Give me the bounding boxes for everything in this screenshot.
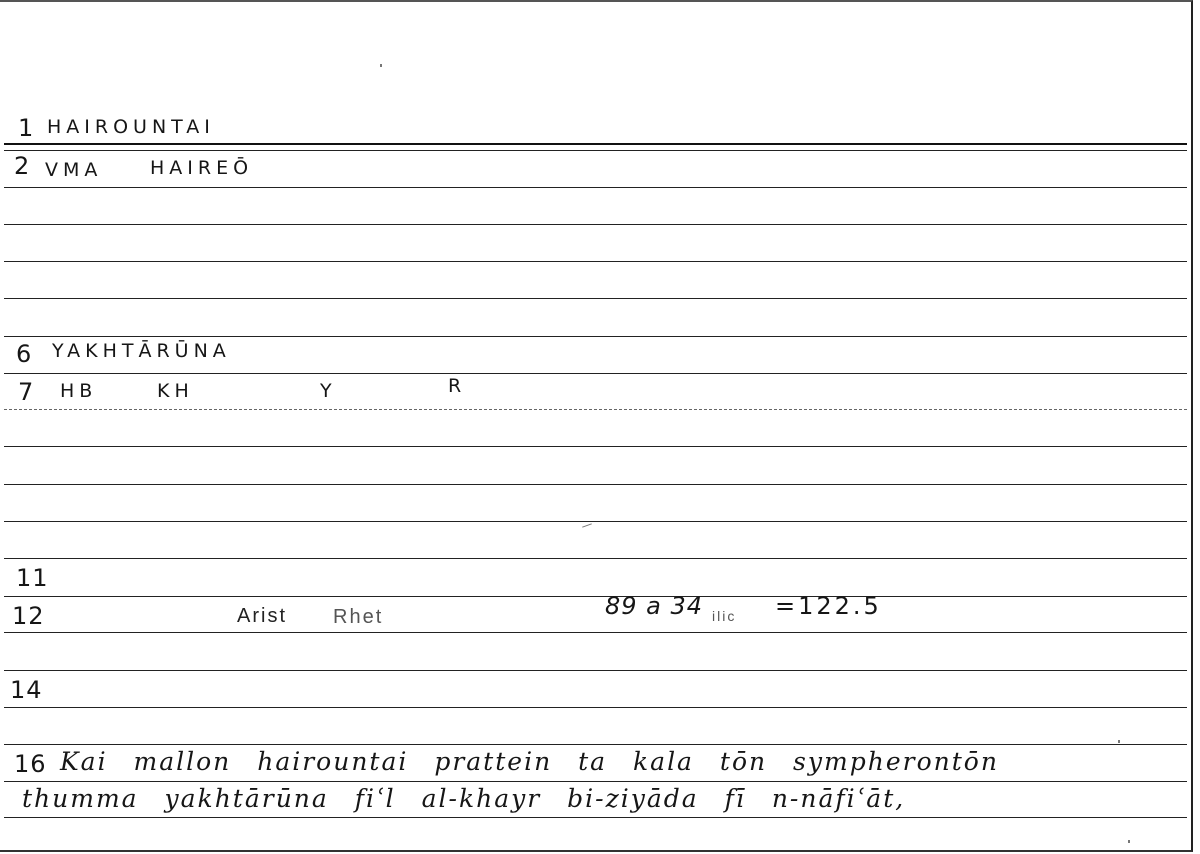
ruled-line <box>4 817 1187 818</box>
ruled-line <box>4 143 1187 145</box>
greek-quotation: Kai mallon hairountai prattein ta kala t… <box>60 747 999 776</box>
entry-col4: R <box>448 375 466 397</box>
line-number: 1 <box>18 114 34 142</box>
entry-arabic-headword: YAKHTĀRŪNA <box>52 340 231 362</box>
line-number: 2 <box>14 152 30 180</box>
ruled-line <box>4 298 1187 299</box>
ruled-line <box>4 670 1187 671</box>
ruled-line <box>4 187 1187 188</box>
entry-col2: HAIREŌ <box>150 157 253 179</box>
line-number: 12 <box>12 602 45 630</box>
ruled-line <box>4 336 1187 337</box>
scan-speck <box>380 64 382 67</box>
arabic-translation: thumma yakhtārūna fiʿl al-khayr bi-ziyād… <box>22 784 905 813</box>
ruled-line <box>4 373 1187 374</box>
ruled-line <box>4 632 1187 633</box>
ruled-line <box>4 484 1187 485</box>
reference-suffix: ilic <box>712 608 736 624</box>
ruled-line <box>4 261 1187 262</box>
entry-col1: HB <box>60 380 97 402</box>
ruled-line <box>4 707 1187 708</box>
entry-col3: Y <box>320 380 337 402</box>
line-number: 16 <box>14 750 47 778</box>
ruled-line <box>4 409 1187 410</box>
source-work: Rhet <box>333 606 383 629</box>
entry-headword: HAIROUNTAI <box>47 116 215 138</box>
index-card: 1 HAIROUNTAI 2 VMA HAIREŌ 6 YAKHTĀRŪNA 7… <box>0 0 1193 852</box>
ruled-line <box>4 596 1187 597</box>
source-author: Arist <box>237 605 287 628</box>
entry-col1: VMA <box>45 159 102 181</box>
scan-speck <box>1128 840 1130 843</box>
line-number: 14 <box>10 676 43 704</box>
ruled-line <box>4 558 1187 559</box>
ruled-line <box>4 224 1187 225</box>
source-work-text: Rhet <box>333 606 383 628</box>
ruled-line <box>4 744 1187 745</box>
ruled-line <box>4 446 1187 447</box>
ruled-line <box>4 781 1187 782</box>
reference-suffix-text: ilic <box>712 608 736 624</box>
line-number: 7 <box>18 378 34 406</box>
line-number: 11 <box>16 564 49 592</box>
bekker-reference: 89 a 34 <box>605 592 703 620</box>
scan-speck <box>582 523 592 527</box>
page-reference: =122.5 <box>775 592 882 620</box>
scan-speck <box>1118 740 1120 743</box>
line-number: 6 <box>16 340 32 368</box>
ruled-line <box>4 150 1187 151</box>
ruled-line <box>4 521 1187 522</box>
entry-col2: KH <box>157 380 194 402</box>
